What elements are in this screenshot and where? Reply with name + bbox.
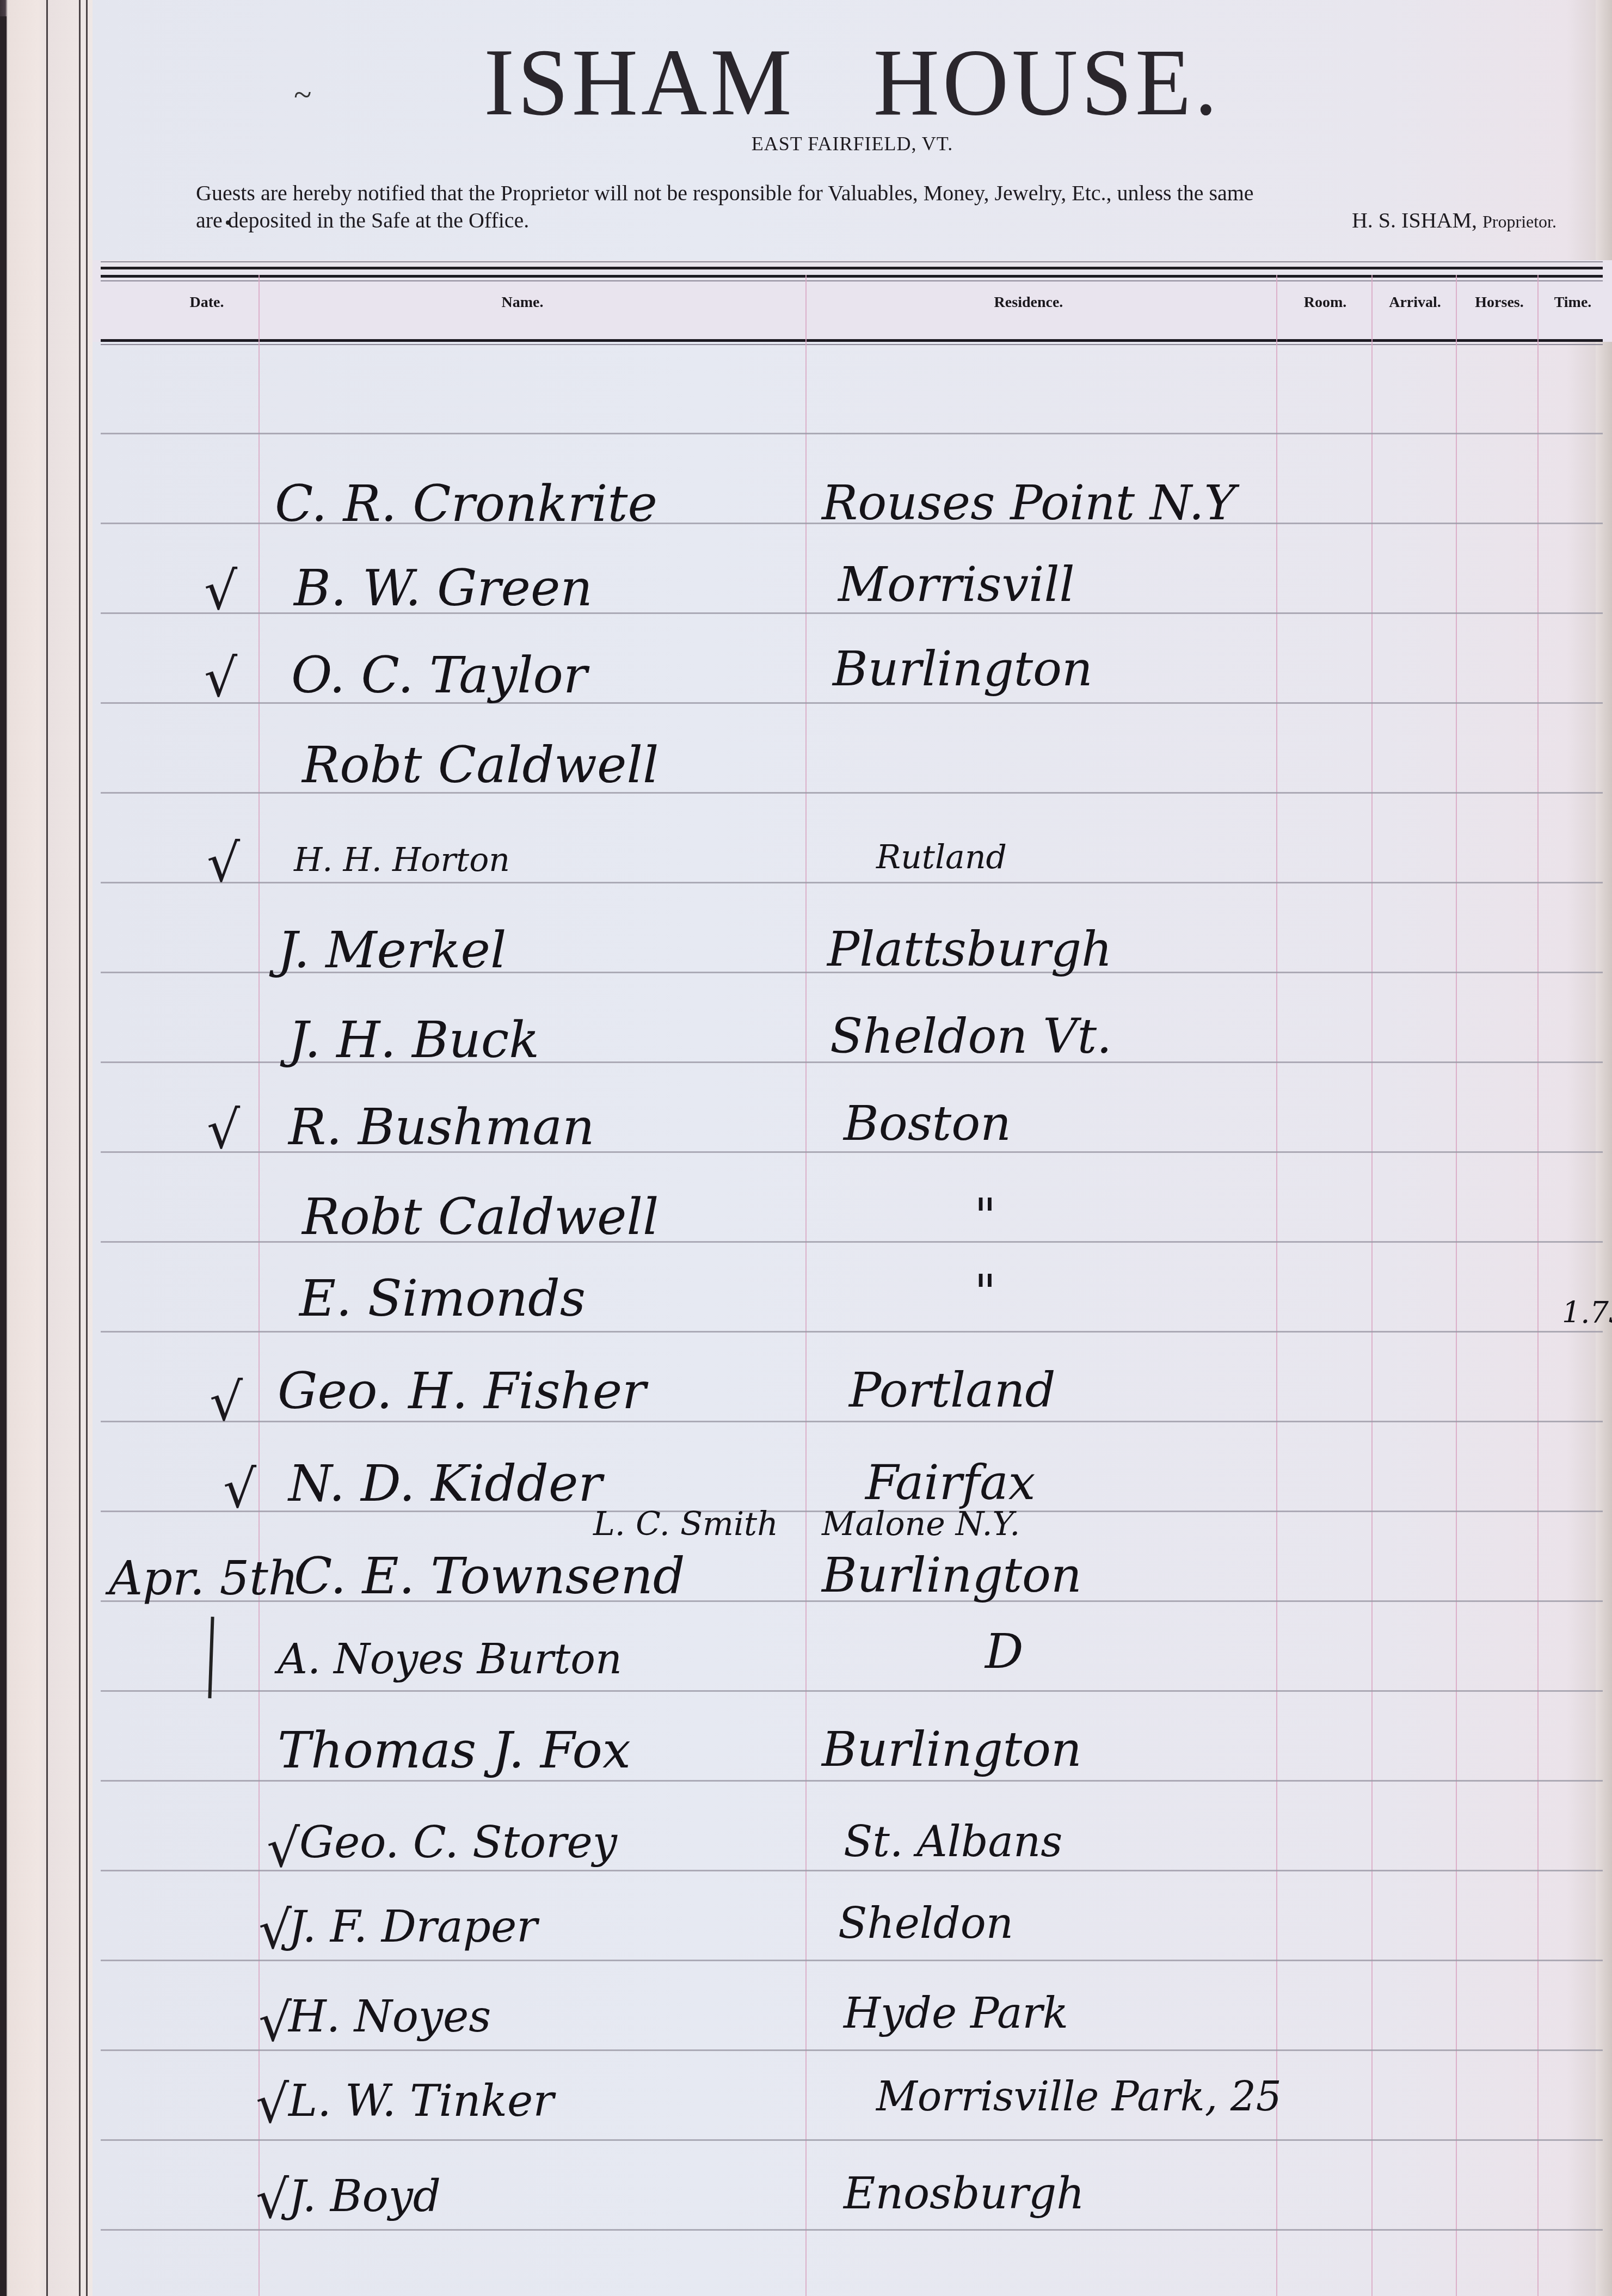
row-rule	[101, 2229, 1603, 2231]
guest-name: Thomas J. Fox	[278, 1726, 631, 1776]
guest-residence: Morrisvill	[838, 561, 1075, 609]
column-header-room: Room.	[1284, 294, 1366, 311]
column-header-horses: Horses.	[1459, 294, 1540, 311]
hotel-location: EAST FAIRFIELD, VT.	[93, 132, 1612, 155]
guest-name: C. R. Cronkrite	[275, 479, 657, 529]
column-divider	[1456, 275, 1457, 2296]
binding-rule	[79, 0, 81, 2296]
checkmark-icon: √	[259, 1900, 292, 1961]
date-bracket-line	[208, 1617, 214, 1698]
guest-residence: St. Albans	[844, 1821, 1062, 1863]
guest-residence: Rutland	[876, 841, 1007, 874]
guest-name: H. Noyes	[288, 1995, 491, 2039]
proprietor-name: H. S. ISHAM,	[1352, 208, 1482, 232]
guest-residence: Burlington	[822, 1551, 1082, 1599]
guest-name: A. Noyes Burton	[278, 1638, 622, 1680]
checkmark-icon: √	[223, 1459, 256, 1520]
title-isham: ISHAM	[484, 27, 795, 138]
guest-residence: Malone N.Y.	[822, 1508, 1020, 1540]
guest-name: Robt Caldwell	[302, 1192, 659, 1242]
guest-residence: Hyde Park	[844, 1992, 1068, 2035]
checkmark-icon: √	[204, 561, 237, 622]
guest-residence: Portland	[849, 1366, 1056, 1414]
guest-residence: Sheldon	[838, 1902, 1013, 1945]
guest-residence: Sheldon Vt.	[830, 1012, 1112, 1060]
header-rule	[101, 280, 1603, 281]
guest-name: J. H. Buck	[288, 1015, 539, 1065]
proprietor-title: Proprietor.	[1482, 212, 1556, 231]
header-rule	[101, 275, 1603, 278]
row-rule	[101, 2049, 1603, 2051]
book-binding	[0, 0, 93, 2296]
entry-date: Apr. 5th	[109, 1551, 298, 1606]
notice-line-2: are deposited in the Safe at the Office.	[196, 207, 529, 235]
header-rule	[101, 344, 1603, 345]
guest-name: Geo. H. Fisher	[278, 1366, 646, 1416]
guest-name: L. W. Tinker	[288, 2079, 554, 2123]
column-divider	[1371, 275, 1373, 2296]
guest-name: B. W. Green	[294, 563, 593, 613]
guest-name: E. Simonds	[299, 1274, 586, 1324]
guest-name: H. H. Horton	[294, 844, 510, 876]
column-header-date: Date.	[174, 294, 239, 311]
guest-name: Geo. C. Storey	[299, 1821, 617, 1864]
guest-name: R. Bushman	[288, 1102, 594, 1152]
proprietor-signature: H. S. ISHAM, Proprietor.	[1352, 207, 1589, 235]
column-divider	[1276, 275, 1277, 2296]
row-rule	[101, 433, 1603, 434]
column-header-time: Time.	[1540, 294, 1605, 311]
notice-line-1: Guests are hereby notified that the Prop…	[196, 180, 1589, 207]
column-header-name: Name.	[468, 294, 577, 311]
guest-time: 1.73	[1562, 1296, 1612, 1330]
book-spine-edge	[0, 16, 7, 2296]
title-house: HOUSE.	[873, 27, 1221, 138]
checkmark-icon: √	[210, 1372, 243, 1433]
guest-residence: Enosburgh	[844, 2172, 1085, 2215]
row-rule	[101, 1690, 1603, 1692]
guest-residence: Morrisville Park, 25	[876, 2077, 1282, 2117]
guest-name: N. D. Kidder	[288, 1459, 602, 1509]
column-divider	[1537, 275, 1539, 2296]
guest-residence: Burlington	[833, 645, 1093, 693]
checkmark-icon: √	[259, 1992, 292, 2053]
checkmark-icon: √	[207, 833, 240, 894]
column-header-residence: Residence.	[947, 294, 1110, 311]
guest-name: C. E. Townsend	[294, 1551, 685, 1601]
guest-residence: Fairfax	[865, 1459, 1035, 1507]
register-page: ~ ISHAM HOUSE. EAST FAIRFIELD, VT. Guest…	[93, 0, 1612, 2296]
guest-residence: Burlington	[822, 1726, 1082, 1773]
column-header-arrival: Arrival.	[1374, 294, 1456, 311]
header-rule	[101, 267, 1603, 269]
binding-rule	[46, 0, 48, 2296]
checkmark-icon: √	[204, 648, 237, 709]
row-rule	[101, 882, 1603, 883]
checkmark-icon: √	[256, 2074, 289, 2135]
checkmark-icon: √	[207, 1100, 240, 1161]
header-rule	[101, 261, 1603, 262]
column-divider	[805, 275, 807, 2296]
guest-residence: Rouses Point N.Y	[822, 479, 1236, 527]
row-rule	[101, 1870, 1603, 1871]
row-rule	[101, 1421, 1603, 1422]
guest-residence-ditto: "	[974, 1192, 996, 1240]
binding-rule	[86, 0, 88, 2296]
guest-residence: Plattsburgh	[827, 925, 1112, 973]
guest-name: J. Boyd	[288, 2175, 441, 2218]
page-title: ISHAM HOUSE.	[93, 27, 1612, 138]
header-rule	[101, 339, 1603, 342]
row-rule	[101, 1331, 1603, 1333]
guest-name: J. Merkel	[278, 925, 506, 975]
row-rule	[101, 1780, 1603, 1782]
guest-name: Robt Caldwell	[302, 740, 659, 790]
row-rule	[101, 1960, 1603, 1961]
guest-name: O. C. Taylor	[291, 650, 587, 701]
checkmark-icon: √	[256, 2169, 289, 2230]
guest-name: L. C. Smith	[593, 1508, 778, 1540]
guest-notice: Guests are hereby notified that the Prop…	[196, 180, 1589, 235]
row-rule	[101, 2139, 1603, 2141]
checkmark-icon: √	[267, 1818, 300, 1879]
guest-name: J. F. Draper	[288, 1905, 538, 1949]
guest-residence-ditto: "	[974, 1268, 996, 1316]
guest-residence: D	[985, 1628, 1024, 1675]
guest-residence: Boston	[844, 1100, 1011, 1147]
